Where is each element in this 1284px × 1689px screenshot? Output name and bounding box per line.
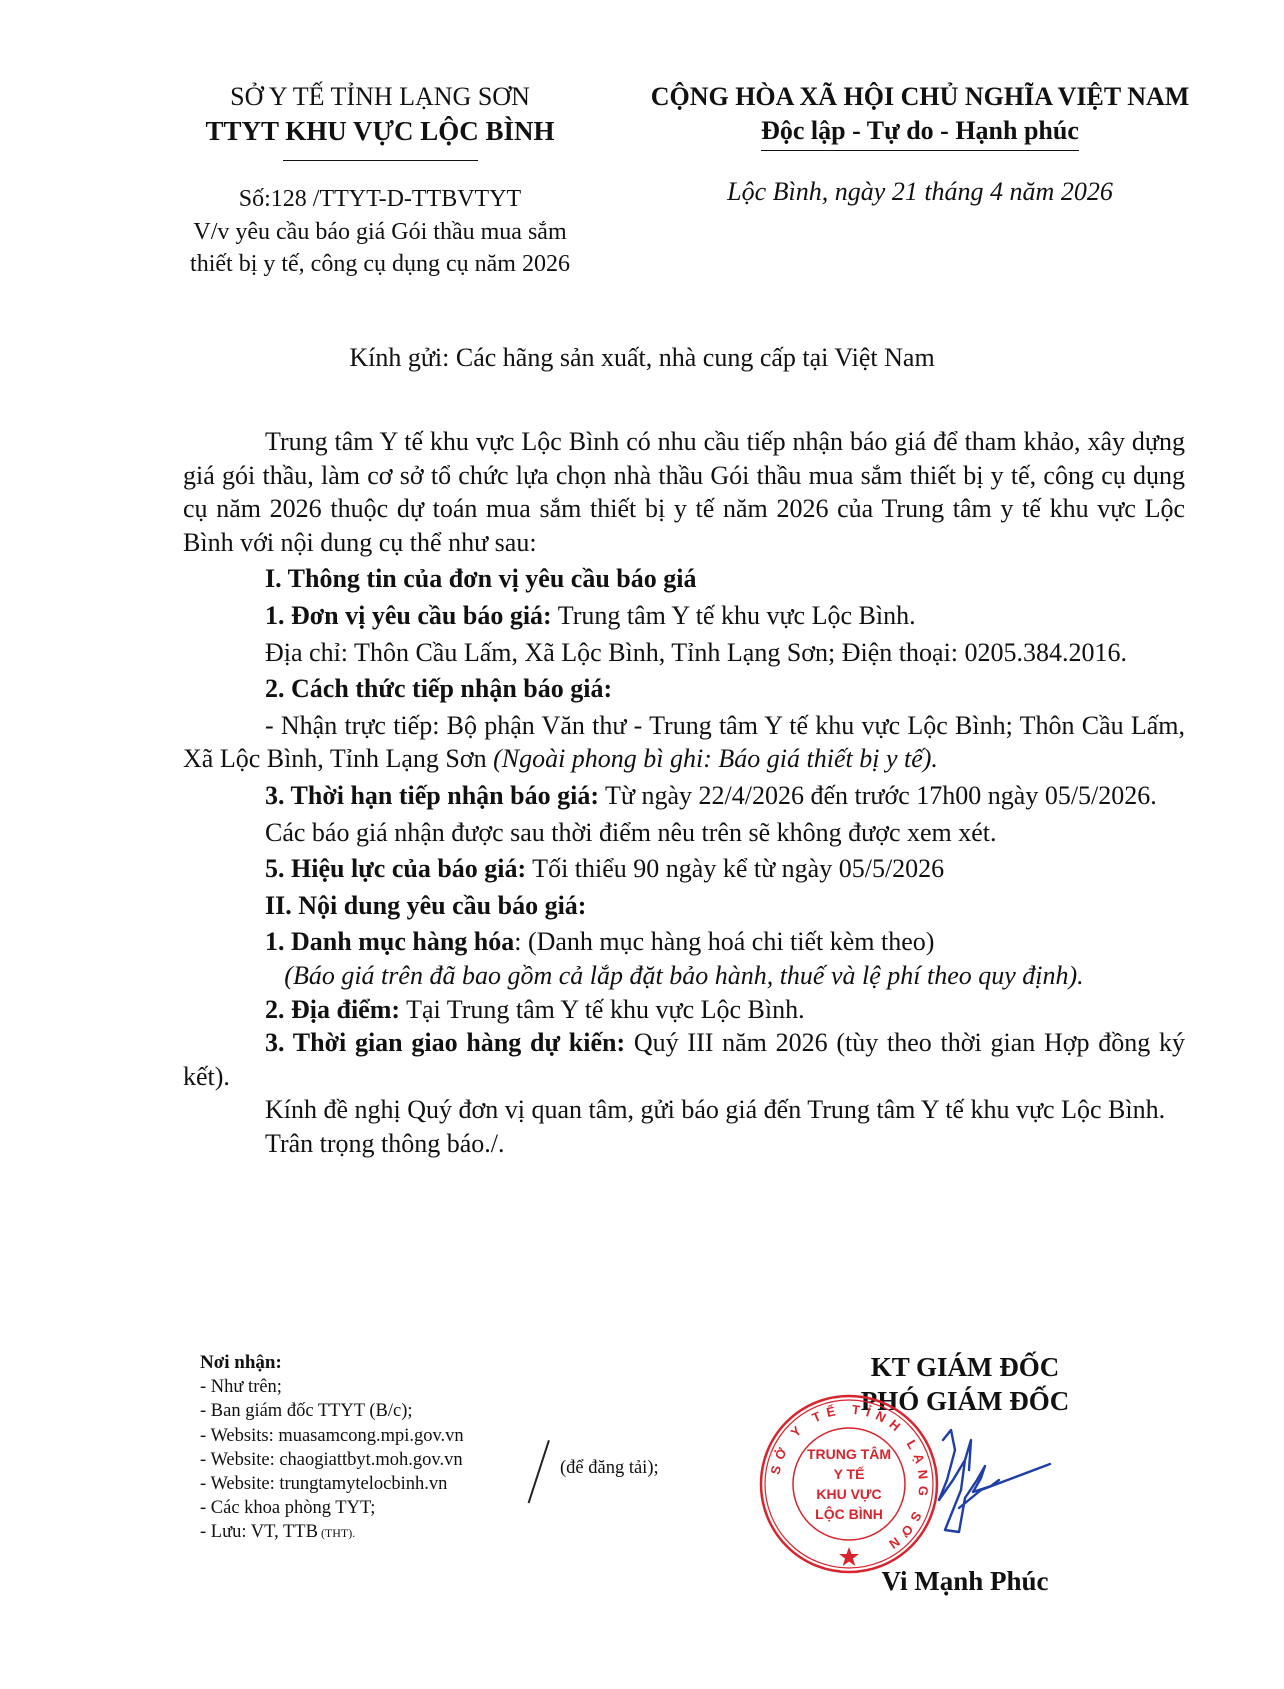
label: 1. Danh mục hàng hóa [265, 927, 514, 956]
requesting-unit: 1. Đơn vị yêu cầu báo giá: Trung tâm Y t… [183, 599, 1185, 633]
recipients-block: Nơi nhận: - Như trên; - Ban giám đốc TTY… [200, 1351, 720, 1546]
svg-text:LỘC BÌNH: LỘC BÌNH [815, 1505, 883, 1522]
agency-underline [283, 160, 478, 161]
svg-text:KHU VỰC: KHU VỰC [816, 1486, 881, 1502]
document-subject: V/v yêu cầu báo giá Gói thầu mua sắm thi… [160, 216, 600, 280]
svg-text:Y TẾ: Y TẾ [834, 1466, 865, 1482]
document-number: Số:128 /TTYT-D-TTBVTYT [160, 182, 600, 216]
document-body: Trung tâm Y tế khu vực Lộc Bình có nhu c… [183, 425, 1185, 1160]
national-motto: Độc lập - Tự do - Hạnh phúc [761, 114, 1079, 151]
signer-title-1: KT GIÁM ĐỐC [815, 1350, 1115, 1384]
recipient-item: - Lưu: VT, TTB (THT). [200, 1520, 720, 1545]
agency-name: TTYT KHU VỰC LỘC BÌNH [160, 114, 600, 148]
place-date: Lộc Bình, ngày 21 tháng 4 năm 2026 [625, 175, 1215, 209]
country-name: CỘNG HÒA XÃ HỘI CHỦ NGHĨA VIỆT NAM [625, 80, 1215, 114]
deadline: 3. Thời hạn tiếp nhận báo giá: Từ ngày 2… [183, 779, 1185, 813]
recipient-item: - Như trên; [200, 1375, 720, 1399]
label: 2. Địa điểm: [265, 995, 400, 1024]
receipt-method-title: 2. Cách thức tiếp nhận báo giá: [183, 672, 1185, 706]
label: 3. Thời hạn tiếp nhận báo giá: [265, 781, 599, 810]
delivery-place: 2. Địa điểm: Tại Trung tâm Y tế khu vực … [183, 993, 1185, 1027]
greeting: Kính gửi: Các hãng sản xuất, nhà cung cấ… [0, 343, 1284, 373]
recipient-label: - Lưu: VT, TTB [200, 1522, 318, 1542]
official-stamp-icon: SỞ Y TẾ TỈNH LẠNG SƠN TRUNG TÂM Y TẾ KHU… [758, 1393, 940, 1575]
handwritten-signature-icon [925, 1420, 1055, 1550]
request: Kính đề nghị Quý đơn vị quan tâm, gửi bá… [183, 1093, 1185, 1127]
label: 1. Đơn vị yêu cầu báo giá: [265, 601, 552, 630]
website-note: (để đăng tải); [560, 1458, 659, 1479]
label: 3. Thời gian giao hàng dự kiến: [265, 1028, 625, 1057]
goods-list: 1. Danh mục hàng hóa: (Danh mục hàng hoá… [183, 925, 1185, 959]
section-1-title: I. Thông tin của đơn vị yêu cầu báo giá [183, 562, 1185, 596]
value: : (Danh mục hàng hoá chi tiết kèm theo) [514, 927, 934, 956]
recipient-item: - Websits: muasamcong.mpi.gov.vn [200, 1424, 720, 1448]
value: Từ ngày 22/4/2026 đến trước 17h00 ngày 0… [599, 781, 1157, 810]
address: Địa chỉ: Thôn Cầu Lấm, Xã Lộc Bình, Tỉnh… [183, 636, 1185, 670]
goods-note: (Báo giá trên đã bao gồm cả lắp đặt bảo … [183, 959, 1185, 993]
delivery-time: 3. Thời gian giao hàng dự kiến: Quý III … [183, 1026, 1185, 1093]
closing: Trân trọng thông báo./. [183, 1127, 1185, 1161]
issuing-agency-block: SỞ Y TẾ TỈNH LẠNG SƠN TTYT KHU VỰC LỘC B… [160, 80, 600, 280]
value: Tối thiểu 90 ngày kể từ ngày 05/5/2026 [526, 854, 944, 883]
svg-text:TRUNG TÂM: TRUNG TÂM [807, 1445, 891, 1462]
recipient-item: - Ban giám đốc TTYT (B/c); [200, 1399, 720, 1423]
parent-agency: SỞ Y TẾ TỈNH LẠNG SƠN [160, 80, 600, 114]
note: (Ngoài phong bì ghi: Báo giá thiết bị y … [493, 744, 938, 773]
value: Trung tâm Y tế khu vực Lộc Bình. [552, 601, 916, 630]
recipient-item: - Các khoa phòng TYT; [200, 1496, 720, 1520]
section-2-title: II. Nội dung yêu cầu báo giá: [183, 889, 1185, 923]
label: 5. Hiệu lực của báo giá: [265, 854, 526, 883]
late-note: Các báo giá nhận được sau thời điểm nêu … [183, 816, 1185, 850]
value: Tại Trung tâm Y tế khu vực Lộc Bình. [400, 995, 805, 1024]
recipient-suffix: (THT). [318, 1526, 355, 1540]
recipients-title: Nơi nhận: [200, 1351, 720, 1375]
national-header-block: CỘNG HÒA XÃ HỘI CHỦ NGHĨA VIỆT NAM Độc l… [625, 80, 1215, 209]
intro-paragraph: Trung tâm Y tế khu vực Lộc Bình có nhu c… [183, 425, 1185, 559]
receipt-method: - Nhận trực tiếp: Bộ phận Văn thư - Trun… [183, 709, 1185, 776]
validity: 5. Hiệu lực của báo giá: Tối thiểu 90 ng… [183, 852, 1185, 886]
